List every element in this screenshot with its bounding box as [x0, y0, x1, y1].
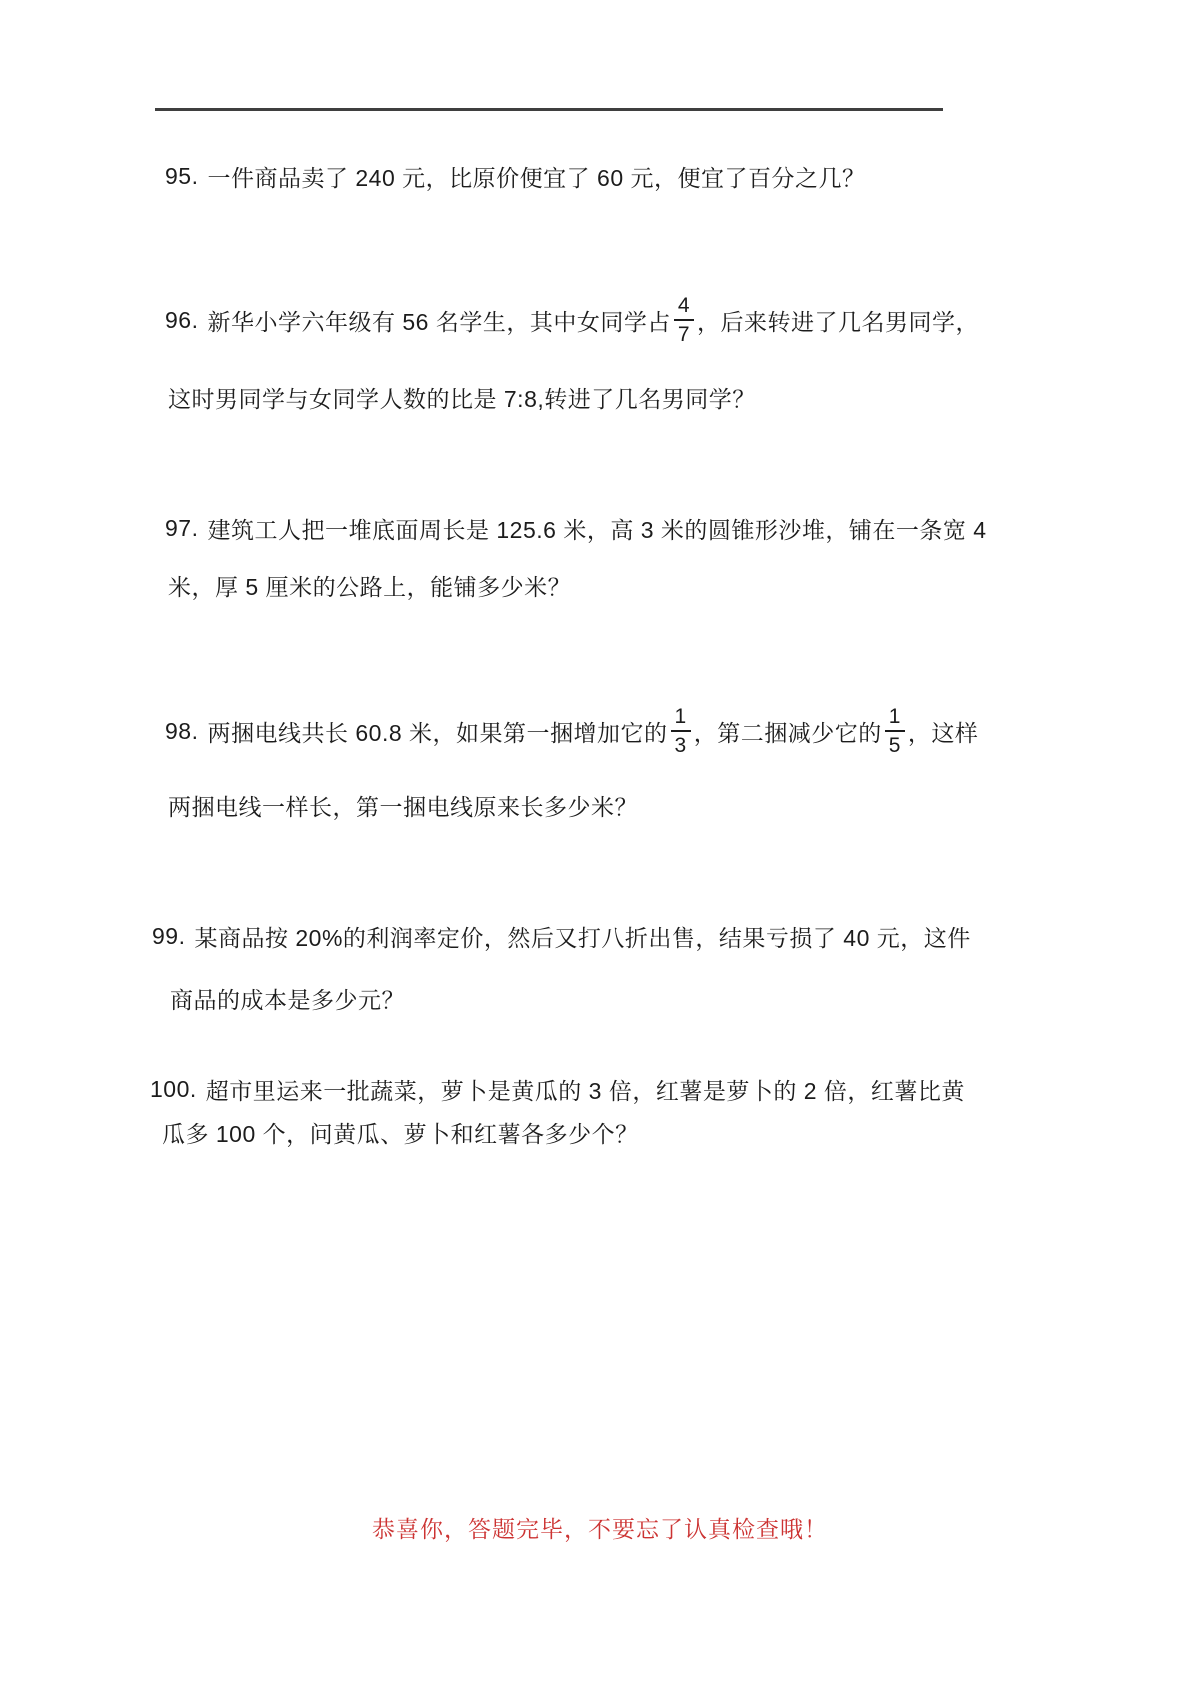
question-97-line-2: 米，厚 5 厘米的公路上，能铺多少米？: [168, 569, 571, 602]
question-99-text-b: 商品的成本是多少元？: [170, 982, 405, 1015]
question-99-line-1: 99. 某商品按 20%的利润率定价，然后又打八折出售，结果亏损了 40 元，这…: [152, 920, 971, 953]
fraction-denominator: 7: [674, 321, 694, 346]
question-100-text-a: 超市里运来一批蔬菜，萝卜是黄瓜的 3 倍，红薯是萝卜的 2 倍，红薯比黄: [206, 1073, 965, 1106]
fraction-1-3: 1 3: [671, 705, 691, 757]
question-100-line-1: 100. 超市里运来一批蔬菜，萝卜是黄瓜的 3 倍，红薯是萝卜的 2 倍，红薯比…: [150, 1073, 965, 1106]
question-96-text-c: 这时男同学与女同学人数的比是 7:8,转进了几名男同学？: [168, 381, 756, 414]
question-98-line-1: 98. 两捆电线共长 60.8 米，如果第一捆增加它的 1 3 ，第二捆减少它的…: [165, 701, 978, 761]
question-96-number: 96.: [165, 307, 198, 334]
question-96-text-a: 新华小学六年级有 56 名学生，其中女同学占: [207, 304, 670, 337]
question-95-line-1: 95. 一件商品卖了 240 元，比原价便宜了 60 元，便宜了百分之几？: [165, 160, 866, 193]
question-98-number: 98.: [165, 718, 198, 745]
question-97-text-a: 建筑工人把一堆底面周长是 125.6 米，高 3 米的圆锥形沙堆，铺在一条宽 4: [207, 512, 986, 545]
question-99-line-2: 商品的成本是多少元？: [170, 982, 405, 1015]
fraction-denominator: 3: [671, 732, 691, 757]
question-99-number: 99.: [152, 923, 185, 950]
question-98-text-b: ，第二捆减少它的: [694, 715, 882, 748]
question-97-number: 97.: [165, 515, 198, 542]
fraction-numerator: 1: [885, 705, 905, 732]
section-divider: [155, 108, 943, 111]
question-98-text-a: 两捆电线共长 60.8 米，如果第一捆增加它的: [207, 715, 667, 748]
question-97-line-1: 97. 建筑工人把一堆底面周长是 125.6 米，高 3 米的圆锥形沙堆，铺在一…: [165, 512, 987, 545]
question-96-text-b: ，后来转进了几名男同学，: [697, 304, 979, 337]
question-95-text: 一件商品卖了 240 元，比原价便宜了 60 元，便宜了百分之几？: [207, 160, 865, 193]
question-99-text-a: 某商品按 20%的利润率定价，然后又打八折出售，结果亏损了 40 元，这件: [194, 920, 970, 953]
question-100-text-b: 瓜多 100 个，问黄瓜、萝卜和红薯各多少个？: [162, 1116, 639, 1149]
fraction-1-5: 1 5: [885, 705, 905, 757]
question-96-line-1: 96. 新华小学六年级有 56 名学生，其中女同学占 4 7 ，后来转进了几名男…: [165, 290, 979, 350]
question-96-line-2: 这时男同学与女同学人数的比是 7:8,转进了几名男同学？: [168, 381, 756, 414]
question-98-text-d: 两捆电线一样长，第一捆电线原来长多少米？: [168, 789, 638, 822]
congratulation-message: 恭喜你，答题完毕，不要忘了认真检查哦！: [0, 1511, 1200, 1544]
fraction-numerator: 1: [671, 705, 691, 732]
worksheet-page: 95. 一件商品卖了 240 元，比原价便宜了 60 元，便宜了百分之几？ 96…: [0, 0, 1200, 1696]
question-98-text-c: ，这样: [908, 715, 979, 748]
question-97-text-b: 米，厚 5 厘米的公路上，能铺多少米？: [168, 569, 571, 602]
fraction-numerator: 4: [674, 294, 694, 321]
question-100-number: 100.: [150, 1076, 197, 1103]
question-98-line-2: 两捆电线一样长，第一捆电线原来长多少米？: [168, 789, 638, 822]
fraction-4-7: 4 7: [674, 294, 694, 346]
fraction-denominator: 5: [885, 732, 905, 757]
question-100-line-2: 瓜多 100 个，问黄瓜、萝卜和红薯各多少个？: [162, 1116, 639, 1149]
question-95-number: 95.: [165, 163, 198, 190]
